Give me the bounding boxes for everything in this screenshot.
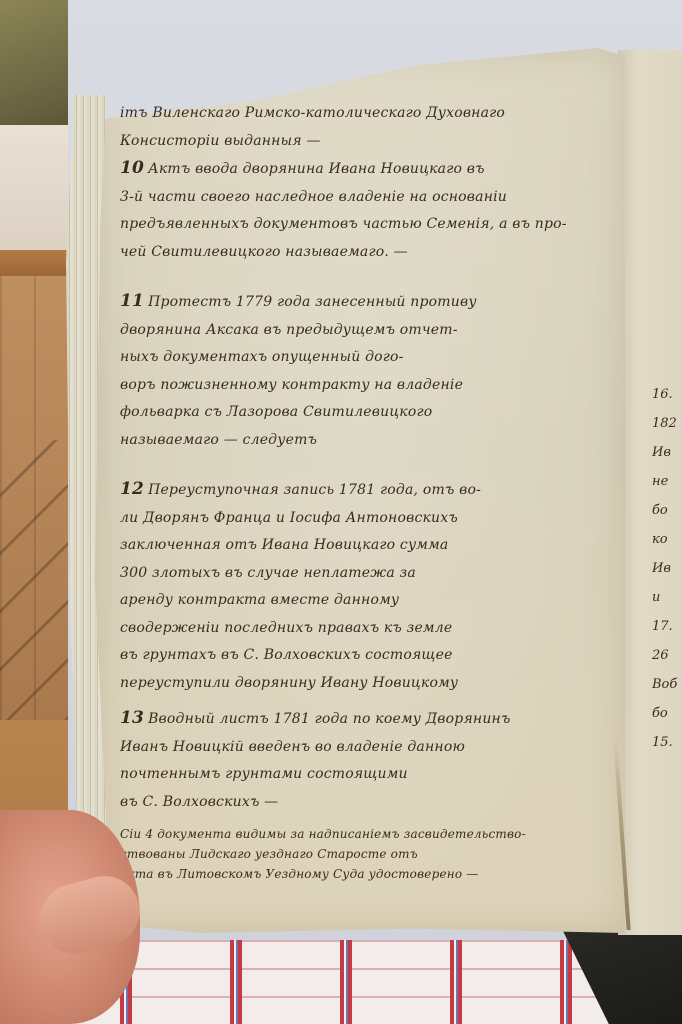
background-wall-dark [0,0,70,130]
entry-number: 12 [120,479,144,499]
entry-number: 11 [120,291,144,311]
manuscript-text: ітъ Виленскаго Римско-католическаго Духо… [120,100,625,884]
header-line: ітъ Виленскаго Римско-католическаго Духо… [120,100,625,128]
entry-number: 10 [120,158,144,178]
footnote: Сіи 4 документа видимы за надписаніемъ з… [120,824,625,884]
right-page-fragments: 16. 182 Ив не бо ко Ив и 17. 26 Воб бо 1… [652,380,682,757]
header-line: Консисторіи выданныя — [120,128,625,156]
entry-12: 12Переуступочная запись 1781 года, отъ в… [120,476,625,697]
entry-10: 10Актъ ввода дворянина Ивана Новицкаго в… [120,155,625,266]
entry-13: 13Вводный листъ 1781 года по коему Дворя… [120,705,625,816]
entry-number: 13 [120,708,144,728]
background-wall-light [0,125,72,255]
entry-11: 11Протестъ 1779 года занесенный противу … [120,288,625,454]
